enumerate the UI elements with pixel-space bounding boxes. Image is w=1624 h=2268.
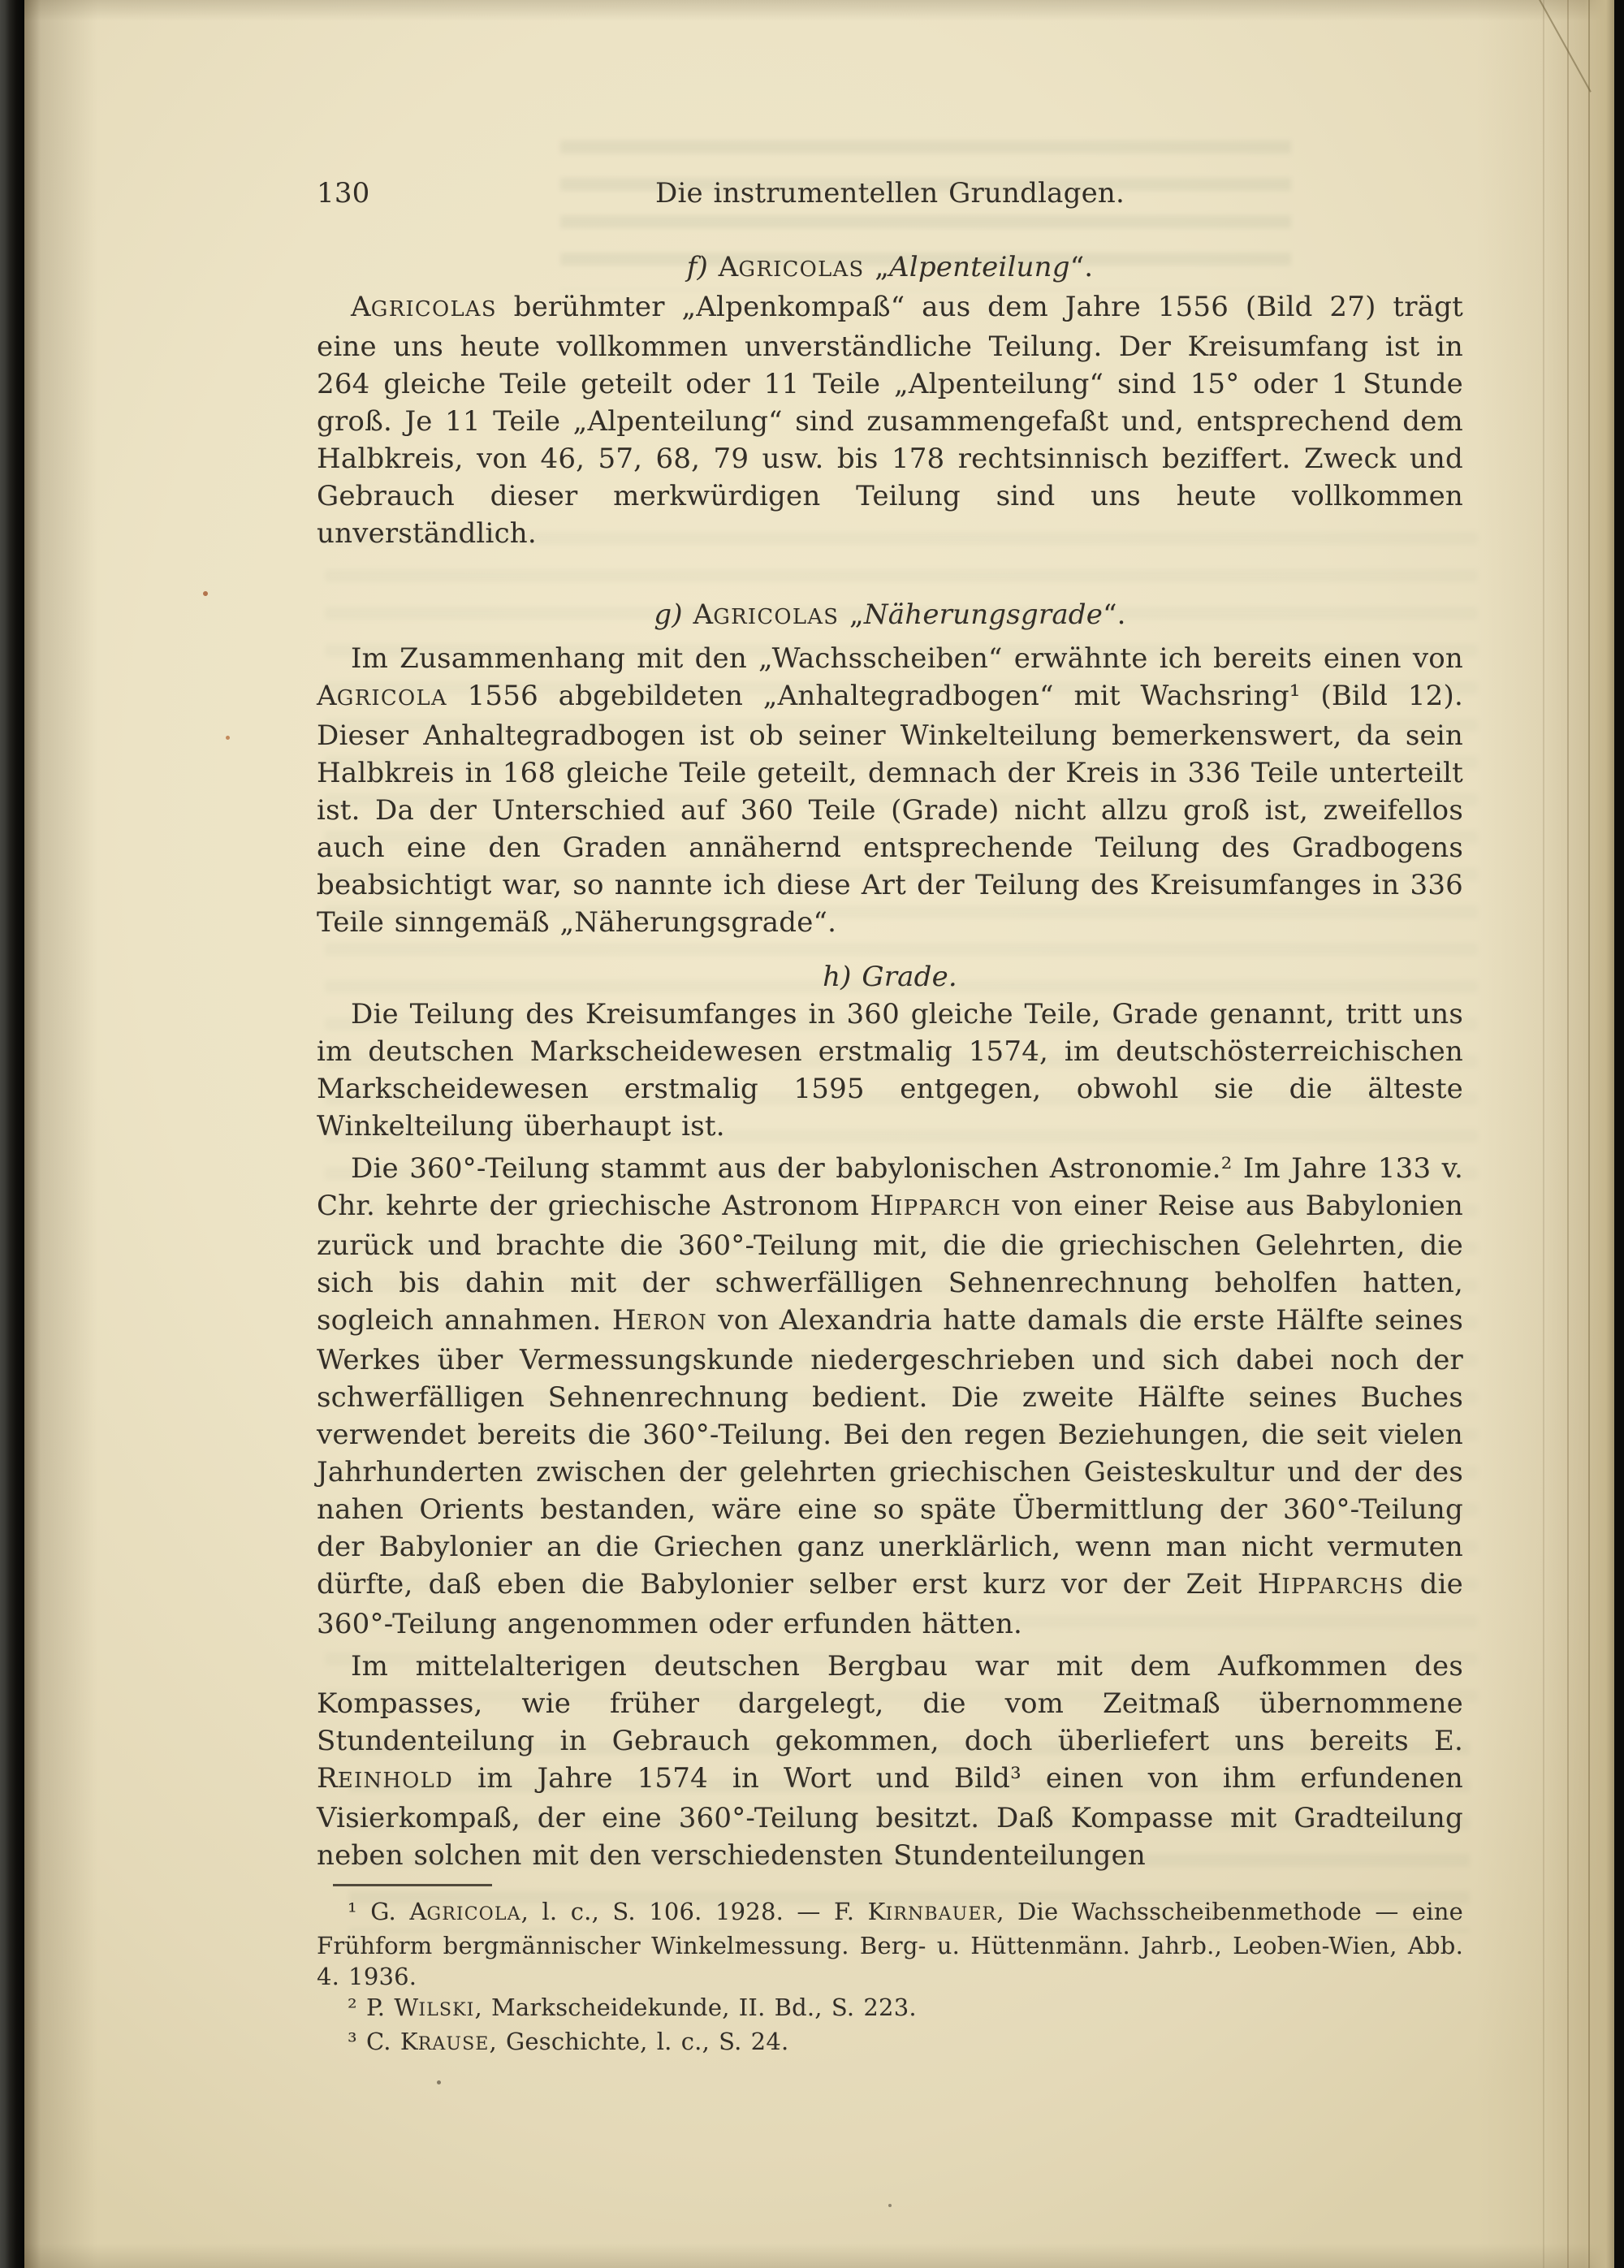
- book-binding-edge: [0, 0, 24, 2268]
- paper-speck: [437, 2080, 441, 2084]
- paragraph-h-2: Die 360°-Teilung stammt aus der babyloni…: [317, 1150, 1463, 1643]
- page-edge-crease: [1543, 0, 1544, 2268]
- gutter-shadow: [24, 0, 97, 2268]
- corner-crease: [1535, 0, 1592, 93]
- page-edge-creases: [1476, 0, 1614, 2268]
- page-header: 130 Die instrumentellen Grundlagen.: [317, 175, 1463, 212]
- footnote-1: ¹ G. AGRICOLA, l. c., S. 106. 1928. — F.…: [317, 1896, 1463, 1992]
- page-edge-crease: [1567, 0, 1569, 2268]
- section-heading-f: f) AGRICOLAS „Alpenteilung“.: [317, 248, 1463, 288]
- book-scan: 130 Die instrumentellen Grundlagen. f) A…: [0, 0, 1624, 2268]
- section-heading-g: g) AGRICOLAS „Näherungsgrade“.: [317, 596, 1463, 636]
- page-bottom-shadow: [24, 2244, 1614, 2268]
- paper-speck: [203, 591, 208, 596]
- footnote-2: ² P. WILSKI, Markscheidekunde, II. Bd., …: [317, 1992, 1463, 2026]
- footnote-rule: [333, 1884, 492, 1886]
- section-heading-h: h) Grade.: [317, 958, 1463, 996]
- book-page: 130 Die instrumentellen Grundlagen. f) A…: [24, 0, 1614, 2268]
- running-head: Die instrumentellen Grundlagen.: [317, 175, 1463, 212]
- paper-speck: [888, 2204, 892, 2207]
- paper-speck: [226, 736, 230, 740]
- text-column: 130 Die instrumentellen Grundlagen. f) A…: [317, 0, 1463, 2060]
- paragraph-h-3: Im mittelalterigen deutschen Bergbau war…: [317, 1648, 1463, 1874]
- footnote-3: ³ C. KRAUSE, Geschichte, l. c., S. 24.: [317, 2026, 1463, 2060]
- page-number: 130: [317, 175, 370, 212]
- paragraph-g-1: Im Zusammenhang mit den „Wachsscheiben“ …: [317, 640, 1463, 941]
- page-edge-crease: [1588, 0, 1590, 2268]
- paragraph-f-1: AGRICOLAS berühmter „Alpenkompaß“ aus de…: [317, 288, 1463, 552]
- paragraph-h-1: Die Teilung des Kreisumfanges in 360 gle…: [317, 996, 1463, 1145]
